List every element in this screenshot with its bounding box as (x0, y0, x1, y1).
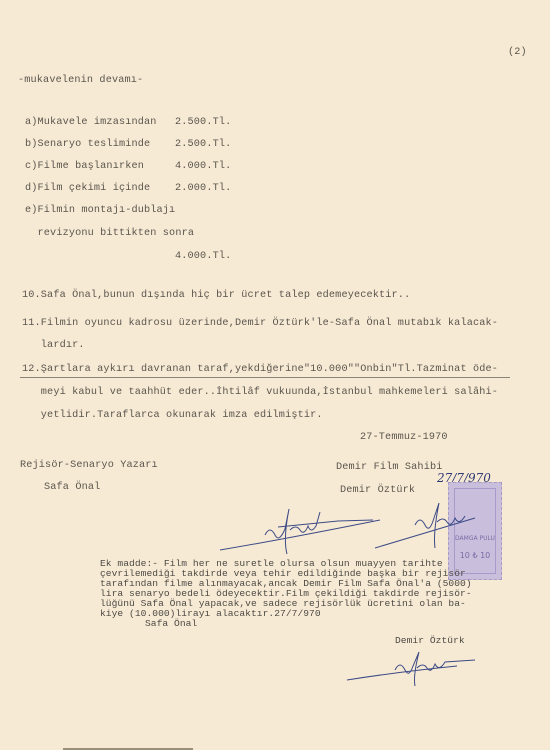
clause-12-cont: yetlidir.Taraflarca okunarak imza edilmi… (22, 410, 323, 421)
payment-amount: 4.000.Tl. (175, 161, 231, 172)
clause-12-underline (20, 377, 510, 378)
addendum-right-name: Demir Öztürk (395, 636, 465, 647)
payment-amount: 2.500.Tl. (175, 117, 231, 128)
left-signatory-title: Rejisör-Senaryo Yazarı (20, 460, 158, 471)
addendum-line: kiye (10.000)lirayı alacaktır.27/7/970 (100, 609, 321, 620)
clause-11-cont: lardır. (22, 340, 85, 351)
payment-label: a)Mukavele imzasından (25, 117, 157, 128)
payment-label: d)Film çekimi içinde (25, 183, 150, 194)
payment-label: revizyonu bittikten sonra (25, 228, 194, 239)
addendum-left-name: Safa Önal (145, 619, 197, 630)
clause-10: 10.Safa Önal,bunun dışında hiç bir ücret… (22, 290, 410, 301)
left-signatory-name: Safa Önal (44, 482, 100, 493)
payment-label: b)Senaryo tesliminde (25, 139, 150, 150)
signature-2-icon (375, 500, 505, 560)
signature-1-icon (220, 505, 390, 565)
payment-amount: 2.500.Tl. (175, 139, 231, 150)
clause-12: 12.Şartlara aykırı davranan taraf,yekdiğ… (22, 364, 498, 375)
clause-11: 11.Filmin oyuncu kadrosu üzerinde,Demir … (22, 318, 498, 329)
payment-amount: 4.000.Tl. (175, 251, 231, 262)
payment-amount: 2.000.Tl. (175, 183, 231, 194)
document-heading: -mukavelenin devamı- (18, 75, 143, 86)
contract-date: 27-Temmuz-1970 (360, 432, 448, 443)
page-number: (2) (508, 47, 527, 58)
right-signatory-name: Demir Öztürk (340, 485, 415, 496)
signature-3-icon (345, 648, 485, 693)
payment-label: e)Filmin montajı-dublajı (25, 205, 175, 216)
payment-label: c)Filme başlanırken (25, 161, 144, 172)
right-signatory-title: Demir Film Sahibi (336, 462, 442, 473)
clause-12-cont: meyi kabul ve taahhüt eder..İhtilâf vuku… (22, 387, 498, 398)
